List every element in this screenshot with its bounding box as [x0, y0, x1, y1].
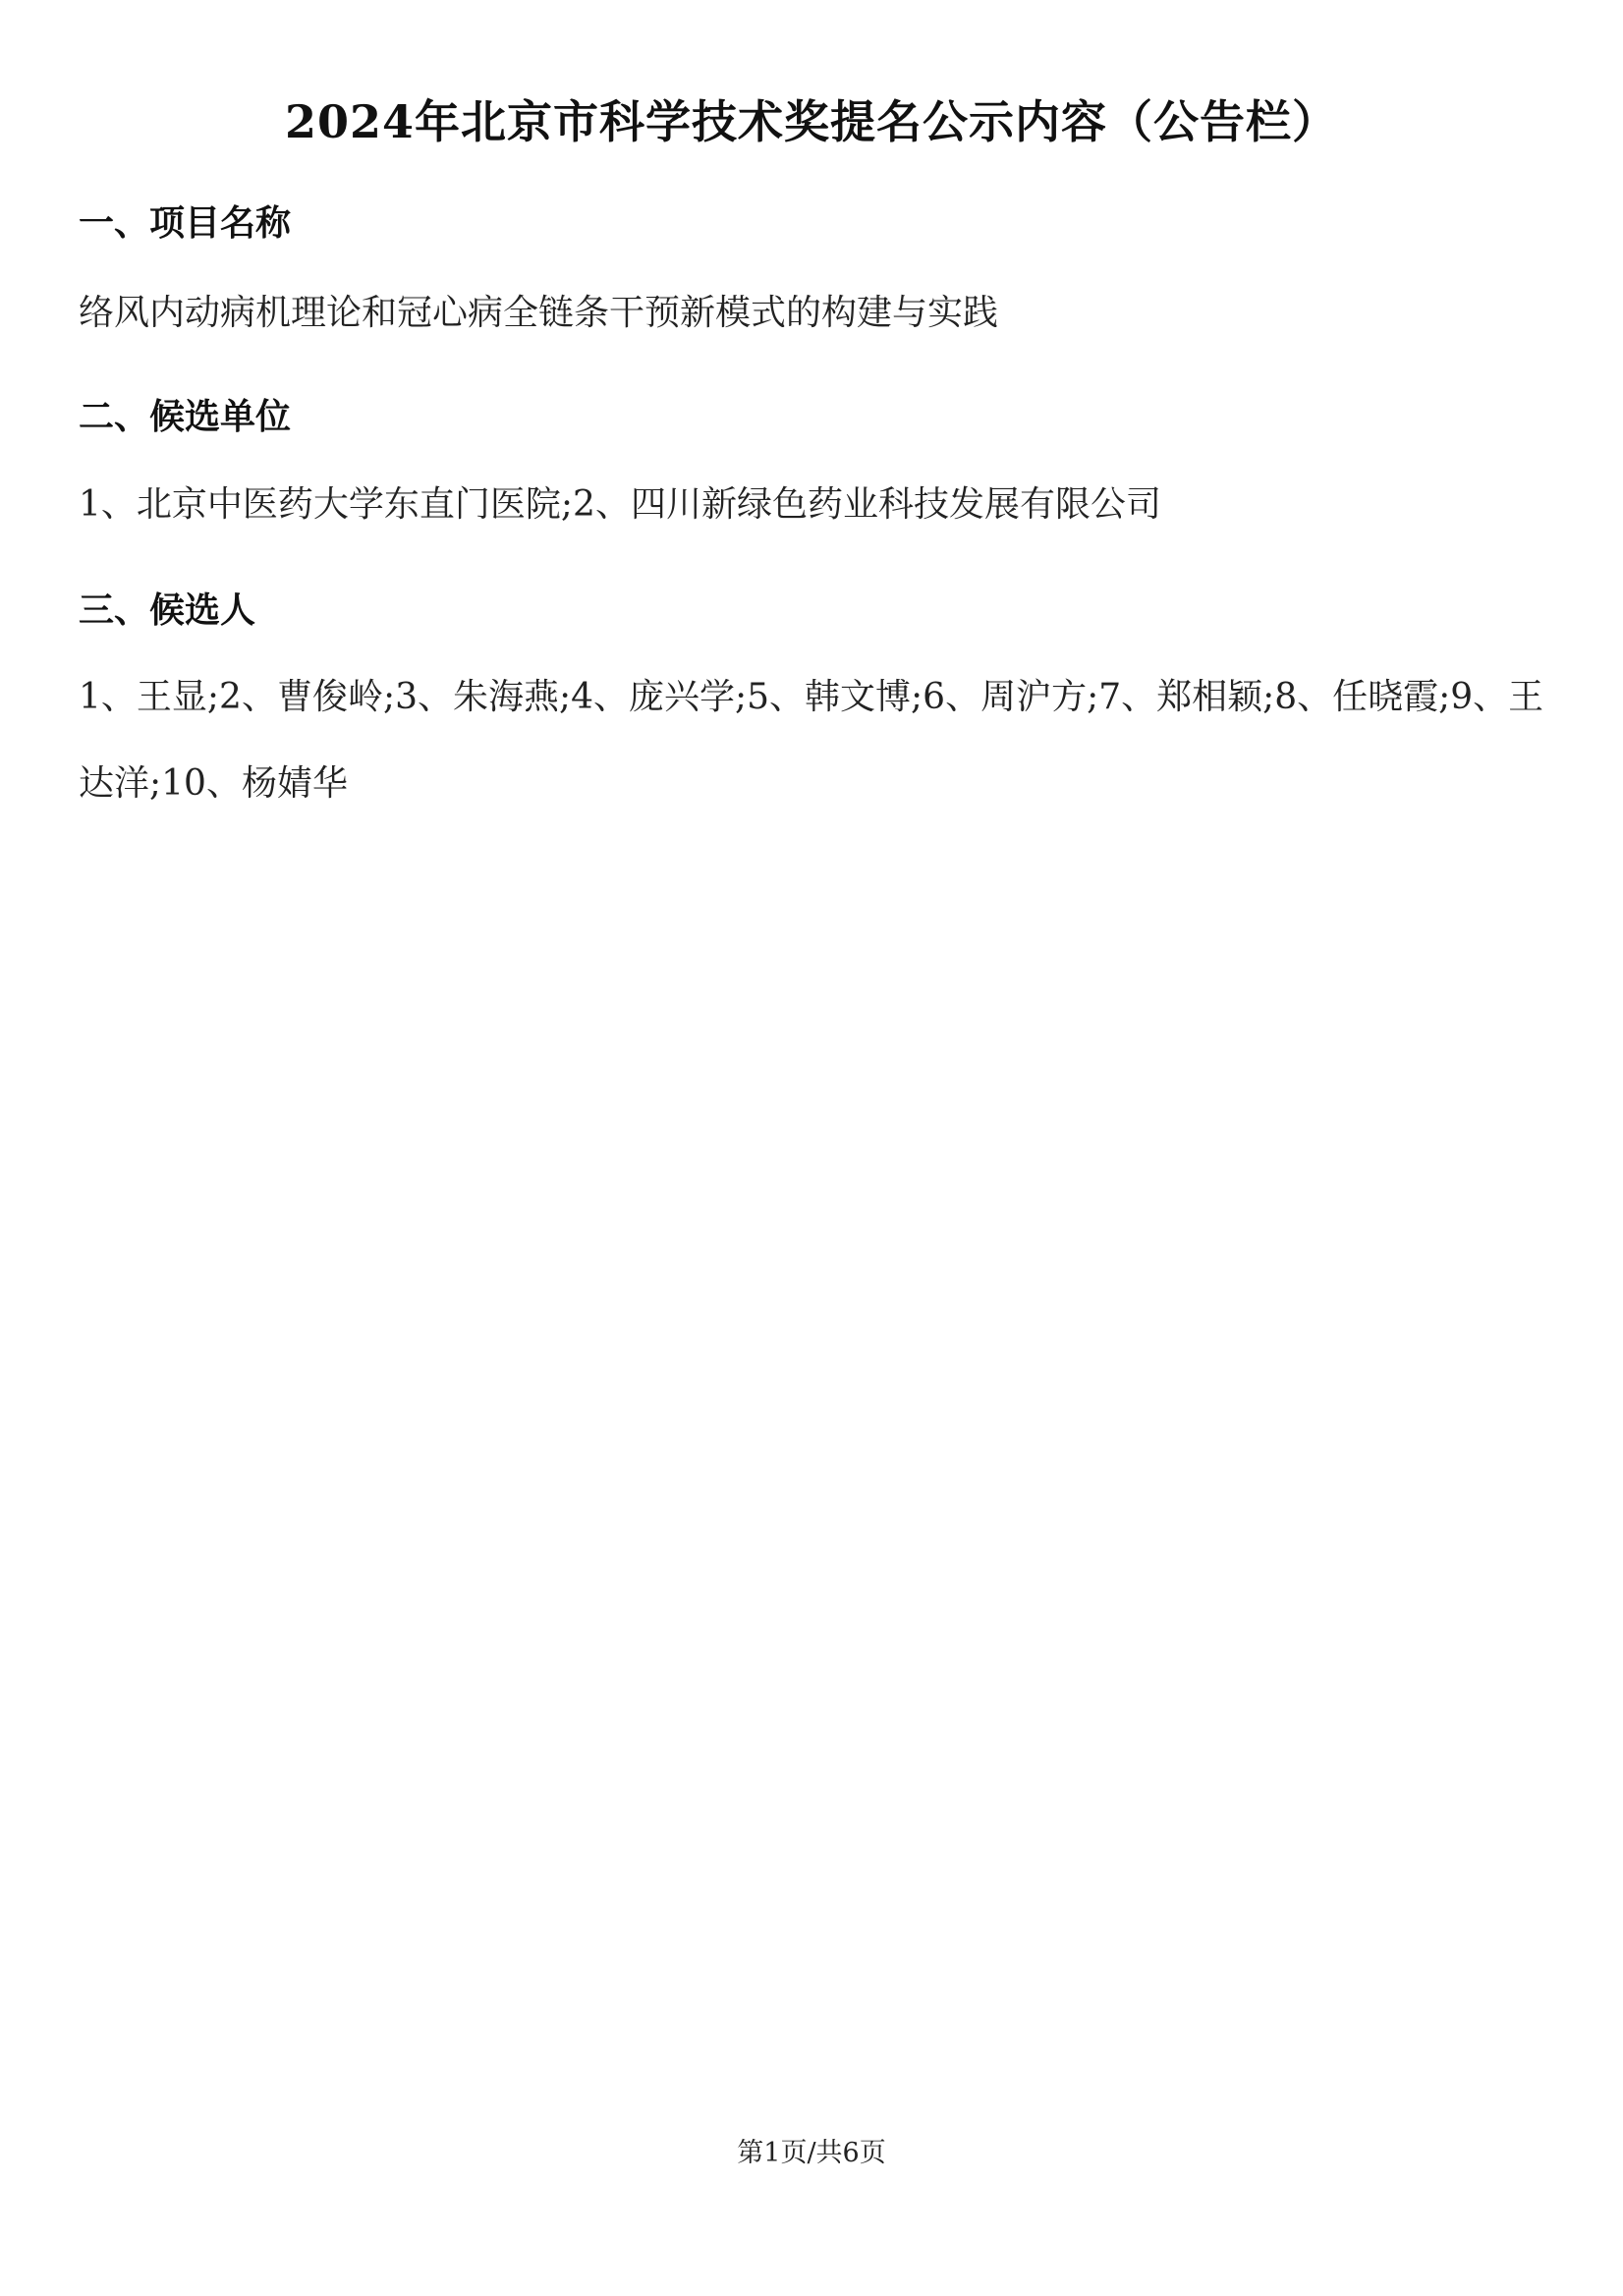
section-heading-candidates: 三、候选人 [79, 587, 255, 636]
candidate-units-text: 1、北京中医药大学东直门医院;2、四川新绿色药业科技发展有限公司 [79, 462, 1572, 548]
page-indicator: 第1页/共6页 [0, 2134, 1623, 2173]
document-title: 2024年北京市科学技术奖提名公示内容（公告栏） [0, 86, 1623, 157]
project-name-text: 络风内动病机理论和冠心病全链条干预新模式的构建与实践 [79, 270, 1572, 357]
section-heading-project-name: 一、项目名称 [79, 199, 291, 249]
section-heading-candidate-units: 二、候选单位 [79, 393, 291, 442]
candidates-text: 1、王显;2、曹俊岭;3、朱海燕;4、庞兴学;5、韩文博;6、周沪方;7、郑相颖… [79, 654, 1572, 827]
document-page: 2024年北京市科学技术奖提名公示内容（公告栏） 一、项目名称 络风内动病机理论… [0, 0, 1623, 2296]
